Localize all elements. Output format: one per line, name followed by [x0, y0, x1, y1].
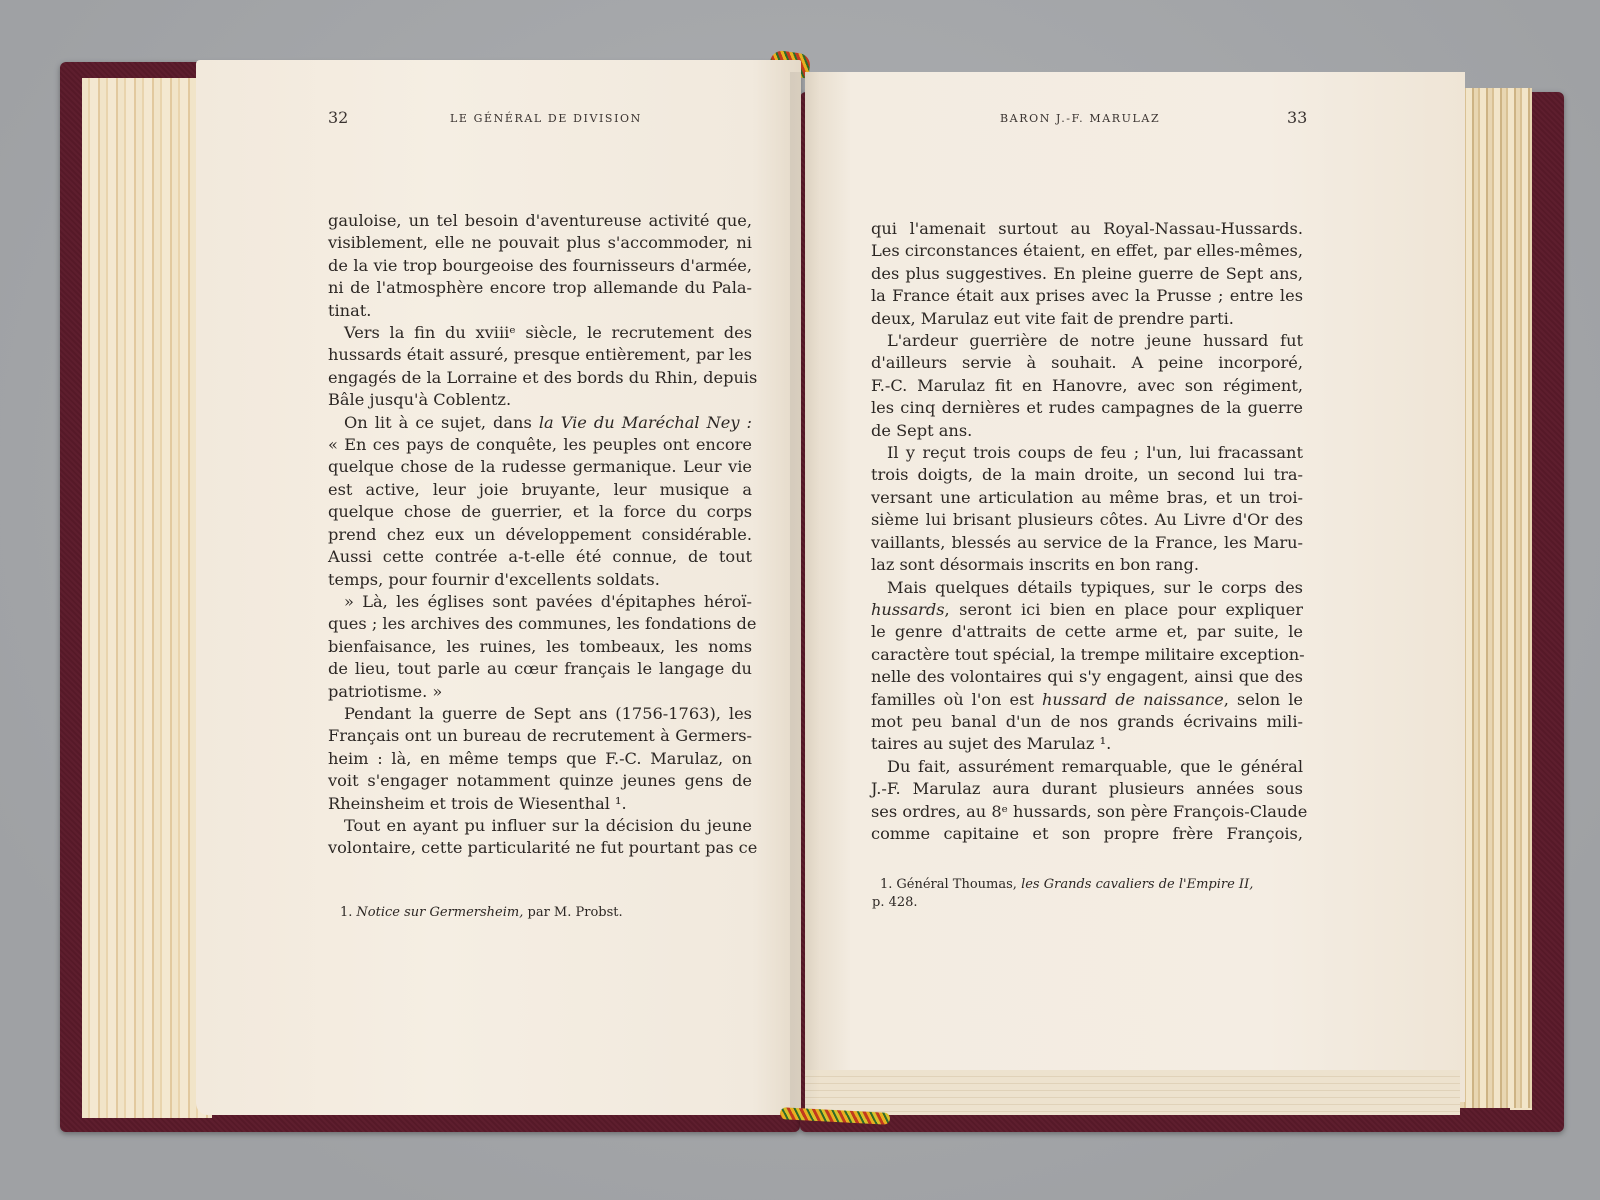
text-line: le genre d'attraits de cette arme et, pa… — [871, 621, 1303, 643]
text-line: des plus suggestives. En pleine guerre d… — [871, 263, 1303, 285]
text-line: gauloise, un tel besoin d'aventureuse ac… — [328, 210, 752, 232]
text-line: J.-F. Marulaz aura durant plusieurs anné… — [871, 778, 1303, 800]
running-head-right: BARON J.-F. MARULAZ — [1000, 112, 1160, 125]
footnote-right: 1.Général Thoumas, les Grands cavaliers … — [880, 876, 1310, 912]
text-line: hussards, seront ici bien en place pour … — [871, 599, 1303, 621]
text-line: trois doigts, de la main droite, un seco… — [871, 464, 1303, 486]
running-head-left: LE GÉNÉRAL DE DIVISION — [450, 112, 642, 125]
text-line: vaillants, blessés au service de la Fran… — [871, 532, 1303, 554]
text-line: volontaire, cette particularité ne fut p… — [328, 837, 752, 859]
text-line: Mais quelques détails typiques, sur le c… — [871, 577, 1303, 599]
footnote-text: Général Thoumas, — [896, 877, 1021, 892]
text-line: de la vie trop bourgeoise des fournisseu… — [328, 255, 752, 277]
text-line: est active, leur joie bruyante, leur mus… — [328, 479, 752, 501]
page-edges-right — [1460, 88, 1532, 1108]
text-line: deux, Marulaz eut vite fait de prendre p… — [871, 308, 1303, 330]
right-page-bottom-edges — [805, 1070, 1460, 1115]
footnote-page-ref: p. 428. — [872, 895, 918, 910]
text-line: voit s'engager notamment quinze jeunes g… — [328, 770, 752, 792]
text-line: de Sept ans. — [871, 420, 1303, 442]
text-line: ses ordres, au 8ᵉ hussards, son père Fra… — [871, 801, 1303, 823]
text-line: Français ont un bureau de recrutement à … — [328, 725, 752, 747]
text-line: qui l'amenait surtout au Royal-Nassau-Hu… — [871, 218, 1303, 240]
footnote-left: 1.Notice sur Germersheim, par M. Probst. — [340, 904, 770, 922]
italic-hussards: hussards — [871, 600, 945, 619]
text-line: familles où l'on est hussard de naissanc… — [871, 689, 1303, 711]
text-line: « En ces pays de conquête, les peuples o… — [328, 434, 752, 456]
text-line: sième lui brisant plusieurs côtes. Au Li… — [871, 509, 1303, 531]
text-line: laz sont désormais inscrits en bon rang. — [871, 554, 1303, 576]
text-line: tinat. — [328, 300, 752, 322]
text-line: comme capitaine et son propre frère Fran… — [871, 823, 1303, 845]
text-line: quelque chose de la rudesse germanique. … — [328, 456, 752, 478]
page-number-right: 33 — [1287, 108, 1307, 127]
text-line: d'ailleurs servie à souhait. A peine inc… — [871, 352, 1303, 374]
text-line: temps, pour fournir d'excellents soldats… — [328, 569, 752, 591]
right-page-body: qui l'amenait surtout au Royal-Nassau-Hu… — [871, 218, 1303, 845]
text-line: Les circonstances étaient, en effet, par… — [871, 240, 1303, 262]
text-line: les cinq dernières et rudes campagnes de… — [871, 397, 1303, 419]
text-line: F.-C. Marulaz fit en Hanovre, avec son r… — [871, 375, 1303, 397]
text-line: de lieu, tout parle au cœur français le … — [328, 658, 752, 680]
text-line: hussards était assuré, presque entièreme… — [328, 344, 752, 366]
text-line: Pendant la guerre de Sept ans (1756-1763… — [328, 703, 752, 725]
footnote-italic: les Grands cavaliers de l'Empire II, — [1021, 877, 1253, 892]
text-line: Du fait, assurément remarquable, que le … — [871, 756, 1303, 778]
text-line: prend chez eux un développement considér… — [328, 524, 752, 546]
text-line: Vers la fin du xviiiᵉ siècle, le recrute… — [328, 322, 752, 344]
page-number-left: 32 — [328, 108, 348, 127]
page-edges-left — [82, 78, 212, 1118]
text-line: L'ardeur guerrière de notre jeune hussar… — [871, 330, 1303, 352]
text-line: versant une articulation au même bras, e… — [871, 487, 1303, 509]
text-line: Tout en ayant pu influer sur la décision… — [328, 815, 752, 837]
text-line: engagés de la Lorraine et des bords du R… — [328, 367, 752, 389]
text-line: ques ; les archives des communes, les fo… — [328, 613, 752, 635]
text-line: la France était aux prises avec la Pruss… — [871, 285, 1303, 307]
text-line: Rheinsheim et trois de Wiesenthal ¹. — [328, 793, 752, 815]
italic-book-title: la Vie du Maréchal Ney : — [539, 413, 752, 432]
footnote-number: 1. — [880, 877, 892, 892]
text-line: Bâle jusqu'à Coblentz. — [328, 389, 752, 411]
text-line: nelle des volontaires qui s'y engagent, … — [871, 666, 1303, 688]
footnote-text: par M. Probst. — [523, 905, 622, 920]
text-line: bienfaisance, les ruines, les tombeaux, … — [328, 636, 752, 658]
text-line: taires au sujet des Marulaz ¹. — [871, 733, 1303, 755]
footnote-number: 1. — [340, 905, 352, 920]
gutter-shadow — [790, 72, 820, 1112]
text-line: heim : là, en même temps que F.-C. Marul… — [328, 748, 752, 770]
text-line: quelque chose de guerrier, et la force d… — [328, 501, 752, 523]
footnote-italic: Notice sur Germersheim, — [356, 905, 523, 920]
text-line: patriotisme. » — [328, 681, 752, 703]
left-page-body: gauloise, un tel besoin d'aventureuse ac… — [328, 210, 752, 860]
text-line: caractère tout spécial, la trempe milita… — [871, 644, 1303, 666]
text-line: Il y reçut trois coups de feu ; l'un, lu… — [871, 442, 1303, 464]
text-line: Aussi cette contrée a-t-elle été connue,… — [328, 546, 752, 568]
text-line: » Là, les églises sont pavées d'épitaphe… — [328, 591, 752, 613]
text-line: On lit à ce sujet, dans la Vie du Maréch… — [328, 412, 752, 434]
text-line: ni de l'atmosphère encore trop allemande… — [328, 277, 752, 299]
italic-hussard-de-naissance: hussard de naissance — [1042, 690, 1224, 709]
text-line: visiblement, elle ne pouvait plus s'acco… — [328, 232, 752, 254]
text-line: mot peu banal d'un de nos grands écrivai… — [871, 711, 1303, 733]
